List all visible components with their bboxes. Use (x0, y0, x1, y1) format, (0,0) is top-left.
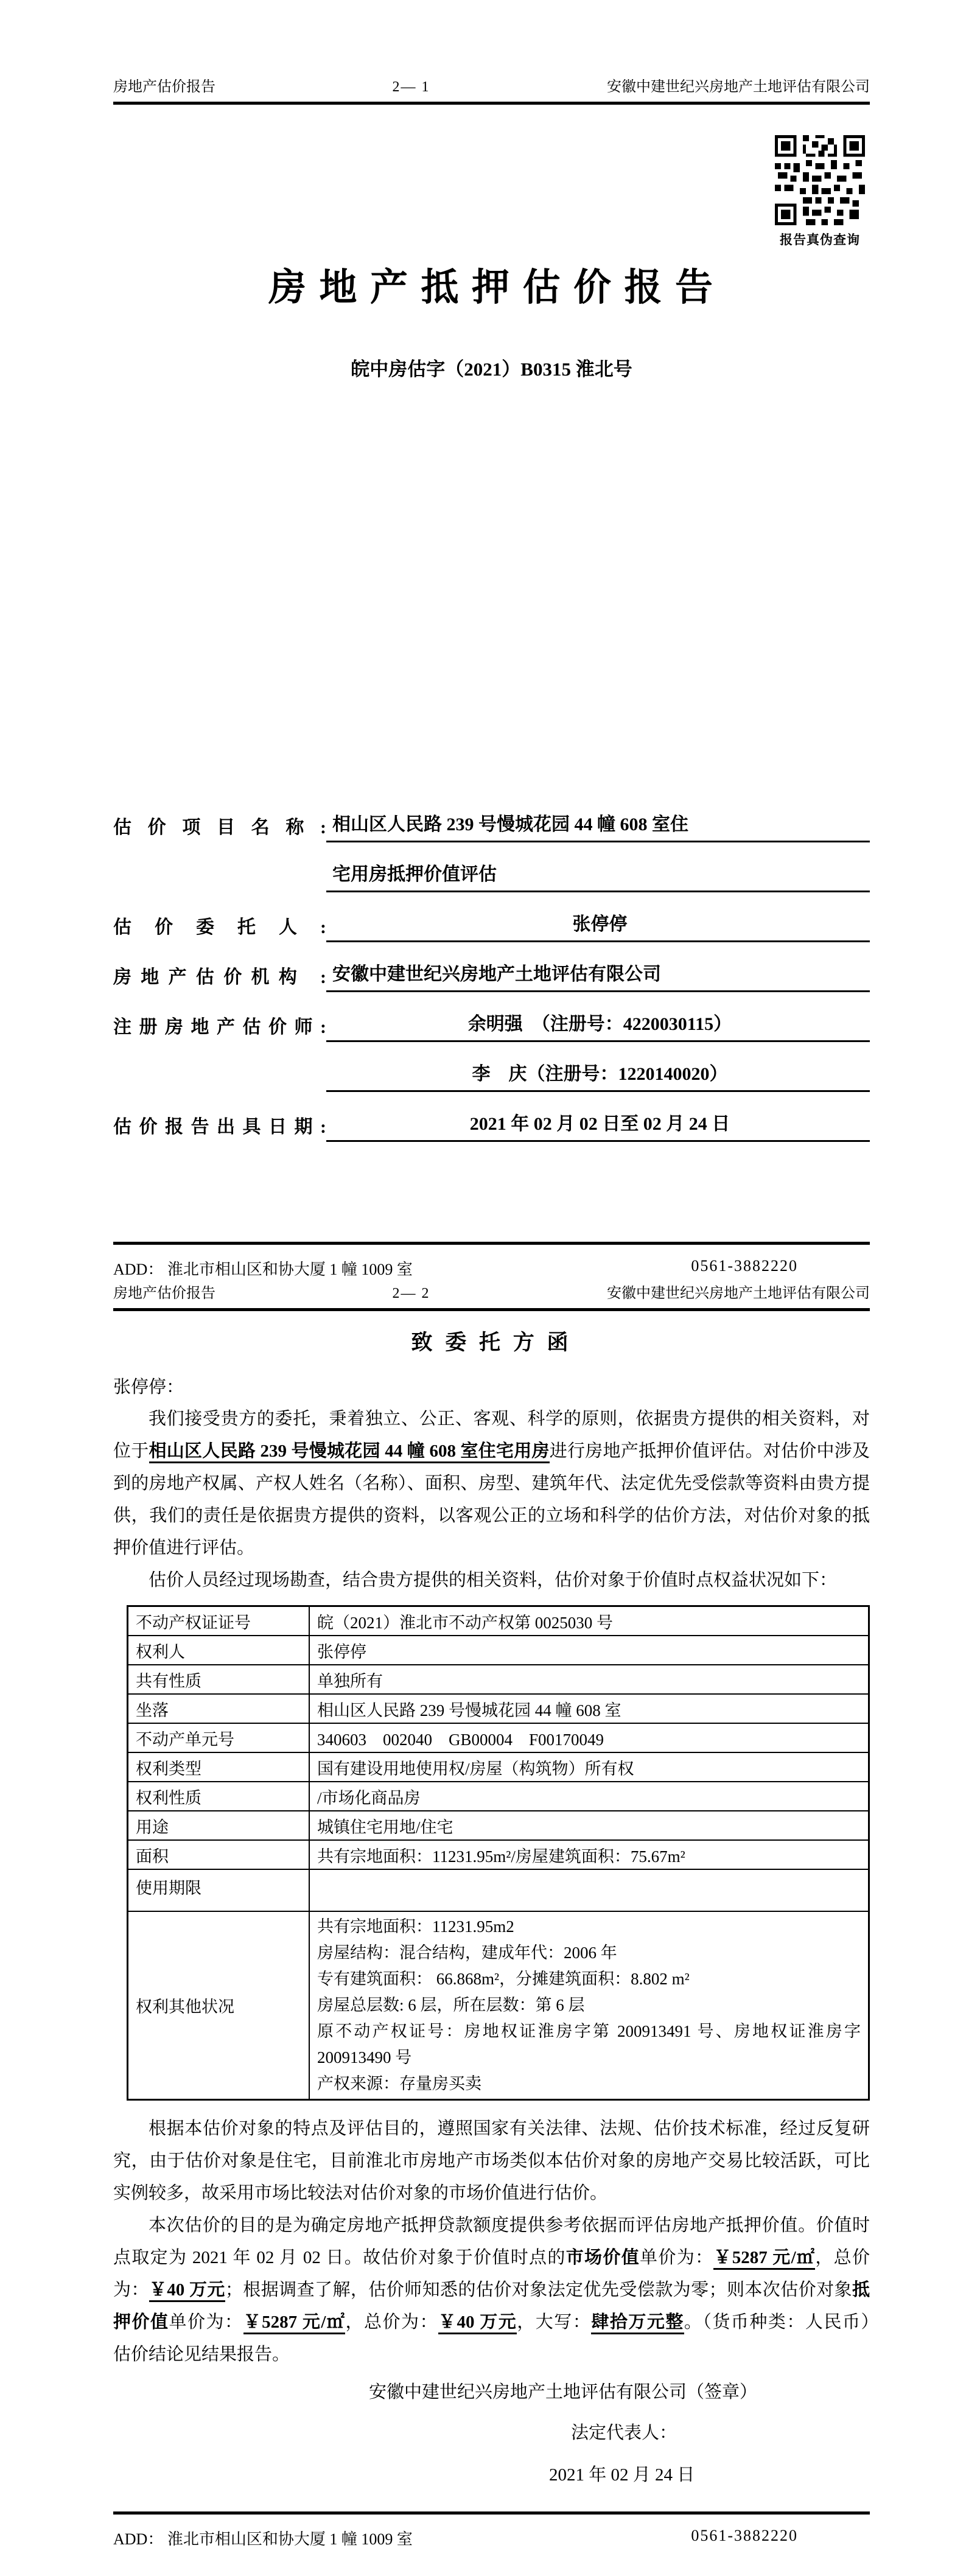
field-client-value: 张停停 (326, 909, 870, 942)
field-appraiser-label: 注册房地产估价师: (113, 1012, 326, 1042)
row-value: 340603 002040 GB00004 F00170049 (309, 1723, 869, 1752)
field-agency: 房地产估价机构 : 安徽中建世纪兴房地产土地评估有限公司 (113, 957, 870, 992)
field-project-value-line1: 相山区人民路 239 号慢城花园 44 幢 608 室住 (326, 809, 870, 842)
row-value: 共有宗地面积：11231.95m²/房屋建筑面积：75.67m² (309, 1840, 869, 1869)
row-label: 权利性质 (128, 1782, 310, 1811)
table-row-other-status: 权利其他状况 共有宗地面积：11231.95m2 房屋结构：混合结构，建成年代：… (128, 1911, 869, 2100)
qr-caption: 报告真伪查询 (772, 230, 867, 248)
qr-region: 报告真伪查询 (113, 135, 870, 248)
qr-box: 报告真伪查询 (772, 135, 867, 248)
market-unit-price: ￥5287 元/㎡ (713, 2248, 815, 2270)
row-value: 张停停 (309, 1636, 869, 1665)
field-client: 估 价 委 托 人 : 张停停 (113, 907, 870, 942)
field-project-label: 估 价 项 目 名 称 : (113, 812, 326, 842)
other-line: 产权来源：存量房买卖 (317, 2071, 861, 2097)
footer-phone: 0561-3882220 (691, 2527, 870, 2549)
header-doc-type: 房地产估价报告 (113, 74, 215, 96)
table-row-usage: 用途 城镇住宅用地/住宅 (128, 1811, 869, 1840)
row-value: 城镇住宅用地/住宅 (309, 1811, 869, 1840)
page2-running-header: 房地产估价报告 2— 2 安徽中建世纪兴房地产土地评估有限公司 (113, 1281, 870, 1311)
field-appraiser-2: 李 庆（注册号：1220140020） (113, 1057, 870, 1092)
row-value: 国有建设用地使用权/房屋（构筑物）所有权 (309, 1752, 869, 1782)
row-label: 使用期限 (128, 1869, 310, 1911)
row-label: 不动产权证证号 (128, 1606, 310, 1636)
table-row-right-type: 权利类型 国有建设用地使用权/房屋（构筑物）所有权 (128, 1752, 869, 1782)
row-label: 面积 (128, 1840, 310, 1869)
qr-code-icon (775, 135, 865, 225)
footer-phone: 0561-3882220 (691, 1257, 870, 1279)
letter-paragraph-4: 本次估价的目的是为确定房地产抵押贷款额度提供参考依据而评估房地产抵押价值。价值时… (113, 2210, 870, 2371)
page2-footer: ADD： 淮北市相山区和协大厦 1 幢 1009 室 0561-3882220 (113, 2511, 870, 2549)
row-label: 不动产单元号 (128, 1723, 310, 1752)
header-page-number: 2— 1 (393, 79, 430, 96)
page1-running-header: 房地产估价报告 2— 1 安徽中建世纪兴房地产土地评估有限公司 (113, 74, 870, 105)
table-row-cert-number: 不动产权证证号 皖（2021）淮北市不动产权第 0025030 号 (128, 1606, 869, 1636)
other-line: 共有宗地面积：11231.95m2 (317, 1914, 861, 1940)
row-value (309, 1869, 869, 1911)
field-appraiser1-value: 余明强 （注册号：4220030115） (326, 1009, 870, 1042)
mortgage-total-price: ￥40 万元 (438, 2312, 517, 2334)
table-row-holder: 权利人 张停停 (128, 1636, 869, 1665)
page1-footer: ADD： 淮北市相山区和协大厦 1 幢 1009 室 0561-3882220 (113, 1242, 870, 1279)
row-label: 共有性质 (128, 1665, 310, 1694)
field-agency-value: 安徽中建世纪兴房地产土地评估有限公司 (326, 959, 870, 992)
row-label: 权利其他状况 (128, 1911, 310, 2100)
row-value: 相山区人民路 239 号慢城花园 44 幢 608 室 (309, 1694, 869, 1723)
report-title: 房 地 产 抵 押 估 价 报 告 (113, 257, 870, 311)
field-date-value: 2021 年 02 月 02 日至 02 月 24 日 (326, 1108, 870, 1142)
para4-text: ；根据调查了解，估价师知悉的估价对象法定优先受偿款为零；则本次估价对象 (225, 2280, 852, 2300)
header-company-name: 安徽中建世纪兴房地产土地评估有限公司 (607, 74, 870, 96)
para4-text: 单价为： (169, 2312, 243, 2332)
field-date-label: 估价报告出具日期: (113, 1111, 326, 1142)
footer-address: ADD： 淮北市相山区和协大厦 1 幢 1009 室 (113, 1257, 413, 1279)
field-agency-label: 房地产估价机构 : (113, 962, 326, 992)
table-row-location: 坐落 相山区人民路 239 号慢城花园 44 幢 608 室 (128, 1694, 869, 1723)
table-row-area: 面积 共有宗地面积：11231.95m²/房屋建筑面积：75.67m² (128, 1840, 869, 1869)
row-label: 坐落 (128, 1694, 310, 1723)
para4-text: ，总价为： (345, 2312, 438, 2332)
report-number: 皖中房估字（2021）B0315 淮北号 (113, 354, 870, 381)
signature-block: 安徽中建世纪兴房地产土地评估有限公司（签章） 法定代表人： 2021 年 02 … (113, 2378, 870, 2486)
field-appraiser-1: 注册房地产估价师: 余明强 （注册号：4220030115） (113, 1007, 870, 1042)
letter-paragraph-1: 我们接受贵方的委托，秉着独立、公正、客观、科学的原则，依据贵方提供的相关资料，对… (113, 1403, 870, 1564)
field-project-name: 估 价 项 目 名 称 : 相山区人民路 239 号慢城花园 44 幢 608 … (113, 807, 870, 842)
footer-address: ADD： 淮北市相山区和协大厦 1 幢 1009 室 (113, 2527, 413, 2549)
other-line: 原不动产权证号：房地权证淮房字第 200913491 号、房地权证淮房字 200… (317, 2018, 861, 2071)
letter-salutation: 张停停： (113, 1373, 870, 1398)
market-value-term: 市场价值 (566, 2248, 640, 2267)
mortgage-unit-price: ￥5287 元/㎡ (243, 2312, 346, 2334)
page-2: 房地产估价报告 2— 2 安徽中建世纪兴房地产土地评估有限公司 致 委 托 方 … (0, 1281, 966, 2486)
field-project-value-line2: 宅用房抵押价值评估 (326, 859, 870, 892)
other-line: 房屋总层数: 6 层，所在层数：第 6 层 (317, 1992, 861, 2018)
signature-company: 安徽中建世纪兴房地产土地评估有限公司（签章） (369, 2378, 870, 2403)
other-line: 房屋结构：混合结构，建成年代：2006 年 (317, 1940, 861, 1966)
signature-legal-rep: 法定代表人： (571, 2419, 870, 2444)
letter-paragraph-2: 估价人员经过现场勘查，结合贵方提供的相关资料，估价对象于价值时点权益状况如下： (113, 1564, 870, 1597)
property-rights-table: 不动产权证证号 皖（2021）淮北市不动产权第 0025030 号 权利人 张停… (127, 1605, 870, 2101)
header-page-number: 2— 2 (393, 1286, 430, 1302)
table-row-right-nature: 权利性质 /市场化商品房 (128, 1782, 869, 1811)
row-value: 皖（2021）淮北市不动产权第 0025030 号 (309, 1606, 869, 1636)
row-value-other: 共有宗地面积：11231.95m2 房屋结构：混合结构，建成年代：2006 年 … (309, 1911, 869, 2100)
price-in-words: 肆拾万元整 (591, 2312, 684, 2334)
market-total-price: ￥40 万元 (149, 2280, 225, 2302)
field-client-label: 估 价 委 托 人 : (113, 912, 326, 942)
field-report-date: 估价报告出具日期: 2021 年 02 月 02 日至 02 月 24 日 (113, 1107, 870, 1142)
cover-fields: 估 价 项 目 名 称 : 相山区人民路 239 号慢城花园 44 幢 608 … (113, 807, 870, 1142)
row-label: 权利类型 (128, 1752, 310, 1782)
table-row-ownership-type: 共有性质 单独所有 (128, 1665, 869, 1694)
para4-text: 单价为： (640, 2248, 713, 2267)
para4-text: ，大写： (517, 2312, 591, 2332)
table-row-unit-number: 不动产单元号 340603 002040 GB00004 F00170049 (128, 1723, 869, 1752)
header-company-name: 安徽中建世纪兴房地产土地评估有限公司 (607, 1281, 870, 1302)
field-appraiser2-value: 李 庆（注册号：1220140020） (326, 1059, 870, 1092)
letter-title: 致 委 托 方 函 (113, 1326, 870, 1356)
page-1: 房地产估价报告 2— 1 安徽中建世纪兴房地产土地评估有限公司 (0, 0, 966, 1142)
signature-date: 2021 年 02 月 24 日 (549, 2461, 870, 2486)
other-line: 专有建筑面积： 66.868m²，分摊建筑面积：8.802 m² (317, 1966, 861, 1992)
report-document: 房地产估价报告 2— 1 安徽中建世纪兴房地产土地评估有限公司 (0, 0, 966, 2576)
field-project-name-line2: 宅用房抵押价值评估 (113, 857, 870, 892)
para1-property-address: 相山区人民路 239 号慢城花园 44 幢 608 室住宅用房 (149, 1441, 550, 1463)
row-label: 用途 (128, 1811, 310, 1840)
row-label: 权利人 (128, 1636, 310, 1665)
letter-paragraph-3: 根据本估价对象的特点及评估目的，遵照国家有关法律、法规、估价技术标准，经过反复研… (113, 2113, 870, 2210)
row-value: 单独所有 (309, 1665, 869, 1694)
table-row-use-term: 使用期限 (128, 1869, 869, 1911)
header-doc-type: 房地产估价报告 (113, 1281, 215, 1302)
row-value: /市场化商品房 (309, 1782, 869, 1811)
